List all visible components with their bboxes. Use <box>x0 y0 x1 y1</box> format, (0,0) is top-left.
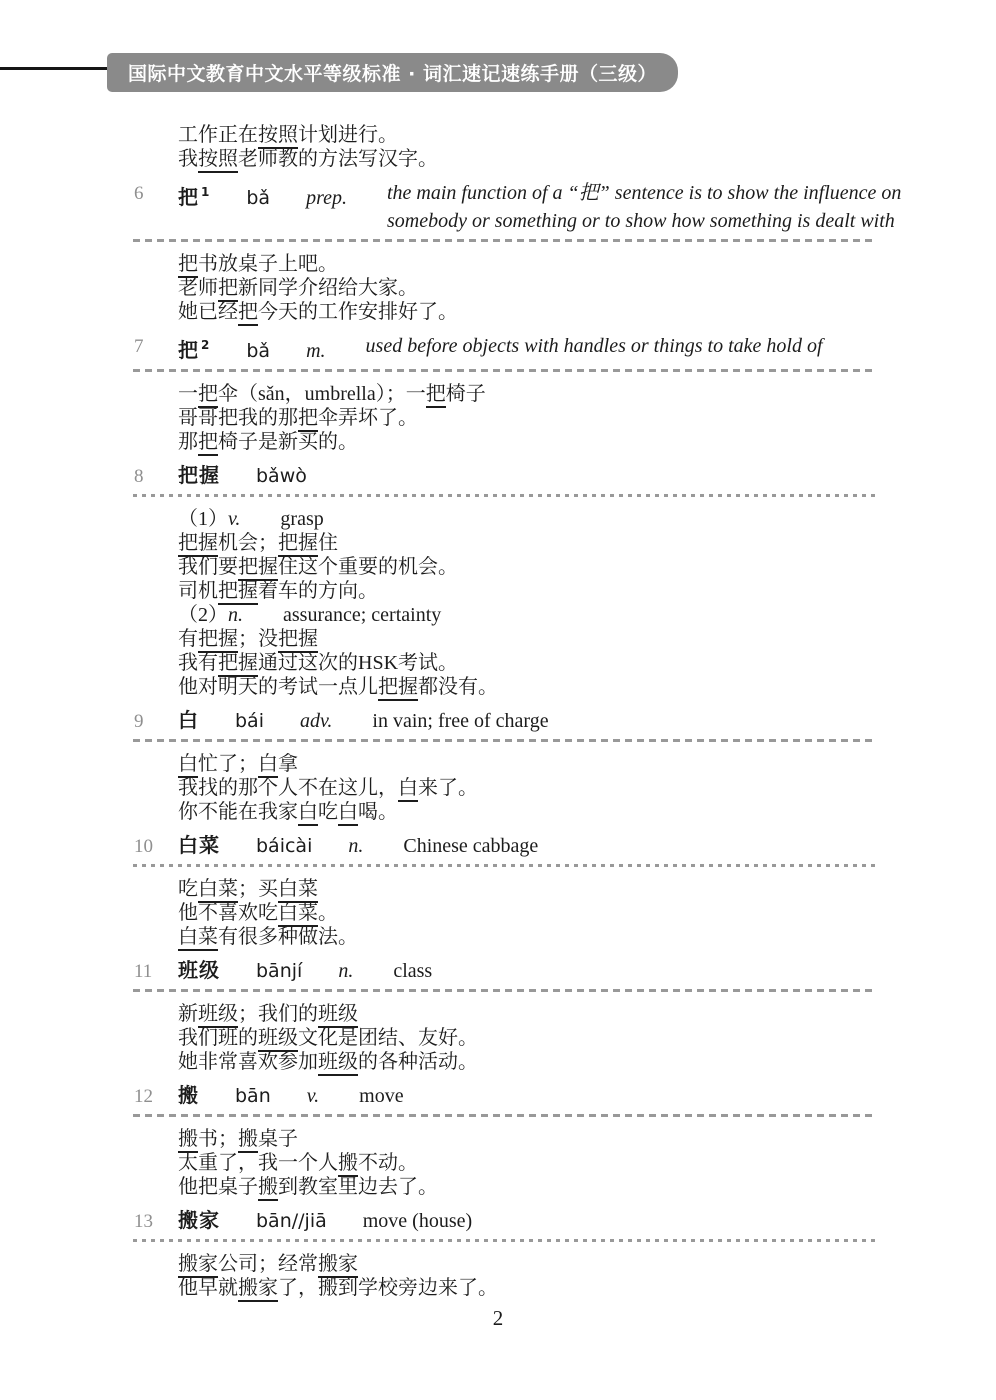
example-line: （1）v.grasp <box>178 507 996 531</box>
text-run: 住这个重要的机会。 <box>278 556 458 578</box>
text-run: 书放桌子上吧。 <box>198 253 338 275</box>
text-run: 新 <box>178 1003 198 1025</box>
underlined-term: 搬 <box>258 1176 278 1201</box>
text-run: n. <box>228 604 243 626</box>
headword: 搬 <box>178 1083 199 1107</box>
pinyin: bǎwò <box>256 465 307 487</box>
pos-label: m. <box>306 340 325 362</box>
headword: 把1 <box>178 185 210 209</box>
underlined-term: 按照 <box>258 124 298 149</box>
definition: class <box>393 957 432 985</box>
example-line: （2）n.assurance; certainty <box>178 603 996 627</box>
text-run: 他早就 <box>178 1277 238 1299</box>
headword: 班级 <box>178 958 220 982</box>
entry-separator <box>133 1114 877 1117</box>
underlined-term: 把 <box>426 383 446 408</box>
text-run: 一 <box>178 383 198 405</box>
pos-label: n. <box>348 835 363 857</box>
example-line: 她非常喜欢参加班级的各种活动。 <box>178 1050 996 1074</box>
text-run: 她已经 <box>178 301 238 323</box>
example-line: 白菜有很多种做法。 <box>178 925 996 949</box>
text-run: 有很多种做法。 <box>218 926 358 948</box>
entry-9: 9白báiadv.in vain; free of charge白忙了；白拿我找… <box>0 707 996 824</box>
text-run: 拿 <box>278 753 298 775</box>
text-run: 那 <box>178 431 198 453</box>
text-run: 有 <box>178 628 198 650</box>
example-line: 太重了，我一个人搬不动。 <box>178 1151 996 1175</box>
entry-number: 6 <box>134 180 144 207</box>
pinyin: báicài <box>256 835 312 857</box>
text-run: 哥哥把我的那 <box>178 407 298 429</box>
example-line: 把握机会；把握住 <box>178 531 996 555</box>
text-run: 你不能在我家 <box>178 801 298 823</box>
text-run: 不动。 <box>358 1152 418 1174</box>
headword-superscript: 2 <box>201 338 210 352</box>
example-line: 工作正在按照计划进行。 <box>178 123 996 147</box>
example-line: 我按照老师教的方法写汉字。 <box>178 147 996 171</box>
underlined-term: 搬 <box>338 1152 358 1177</box>
example-line: 她已经把今天的工作安排好了。 <box>178 300 996 324</box>
entry-13: 13搬家bān//jiāmove (house)搬家公司；经常搬家他早就搬家了，… <box>0 1207 996 1300</box>
pos-label: adv. <box>300 710 332 732</box>
entry-header: 8把握bǎwò <box>0 462 996 490</box>
entry-number: 8 <box>134 463 144 490</box>
example-line: 他早就搬家了，搬到学校旁边来了。 <box>178 1276 996 1300</box>
underlined-term: 把握 <box>238 556 278 581</box>
underlined-term: 白 <box>258 753 278 778</box>
headword-superscript: 1 <box>201 185 210 199</box>
text-run: 机会； <box>218 532 278 554</box>
text-run: 我找的那个人不在这儿， <box>178 777 398 799</box>
underlined-term: 班级 <box>318 1051 358 1076</box>
underlined-term: 把 <box>218 277 238 302</box>
entry-header: 11班级bānjín.class <box>0 957 996 985</box>
definition: in vain; free of charge <box>372 707 548 735</box>
text-run: 吃 <box>318 801 338 823</box>
underlined-term: 班级 <box>198 1003 238 1028</box>
underlined-term: 把握 <box>278 532 318 557</box>
text-run: 通过这次的HSK考试。 <box>258 652 458 674</box>
underlined-term: 班级 <box>318 1003 358 1028</box>
text-run: 忙了； <box>198 753 258 775</box>
header-rule <box>0 67 107 70</box>
headword: 把握 <box>178 463 220 487</box>
definition: used before objects with handles or thin… <box>366 332 823 360</box>
underlined-term: 把握 <box>378 676 418 701</box>
underlined-term: 把 <box>198 383 218 408</box>
underlined-term: 把 <box>238 301 258 326</box>
example-line: 我有把握通过这次的HSK考试。 <box>178 651 996 675</box>
example-line: 老师把新同学介绍给大家。 <box>178 276 996 300</box>
example-line: 新班级；我们的班级 <box>178 1002 996 1026</box>
example-line: 搬家公司；经常搬家 <box>178 1252 996 1276</box>
entry-separator <box>133 494 877 497</box>
definition: move <box>359 1082 403 1110</box>
entry-separator <box>133 369 877 372</box>
pinyin: bǎ <box>246 340 270 362</box>
text-run: 桌子 <box>258 1128 298 1150</box>
text-run: grasp <box>280 508 323 530</box>
underlined-term: 白 <box>338 801 358 826</box>
text-run: 公司；经常 <box>218 1253 318 1275</box>
example-line: 我找的那个人不在这儿，白来了。 <box>178 776 996 800</box>
entry-6: 6把1bǎprep.the main function of a “把” sen… <box>0 179 996 324</box>
underlined-term: 把握 <box>198 628 238 653</box>
example-line: 我们班的班级文化是团结、友好。 <box>178 1026 996 1050</box>
definition: move (house) <box>363 1207 472 1235</box>
example-line: 司机把握着车的方向。 <box>178 579 996 603</box>
text-run: 太重了，我一个人 <box>178 1152 338 1174</box>
underlined-term: 白 <box>398 777 418 802</box>
example-line: 那把椅子是新买的。 <box>178 430 996 454</box>
text-run: 我 <box>178 148 198 170</box>
entry-number: 7 <box>134 333 144 360</box>
text-run: 椅子是新买的。 <box>218 431 358 453</box>
text-run: （1） <box>178 508 228 530</box>
entry-header: 9白báiadv.in vain; free of charge <box>0 707 996 735</box>
page-number: 2 <box>0 1306 996 1331</box>
pinyin: bānjí <box>256 960 302 982</box>
text-run: 计划进行。 <box>298 124 398 146</box>
text-run: 喝。 <box>358 801 398 823</box>
text-run: 椅子 <box>446 383 486 405</box>
entry-header: 13搬家bān//jiāmove (house) <box>0 1207 996 1235</box>
entry-12: 12搬bānv.move搬书；搬桌子太重了，我一个人搬不动。他把桌子搬到教室里边… <box>0 1082 996 1199</box>
underlined-term: 搬 <box>238 1128 258 1153</box>
underlined-term: 白菜 <box>198 878 238 903</box>
pinyin: bǎ <box>246 187 270 209</box>
underlined-term: 搬家 <box>318 1253 358 1278</box>
text-run: ；买 <box>238 878 278 900</box>
entry-separator <box>133 239 877 242</box>
entry-header: 10白菜báicàin.Chinese cabbage <box>0 832 996 860</box>
entry-header: 12搬bānv.move <box>0 1082 996 1110</box>
underlined-term: 按照 <box>198 148 238 173</box>
underlined-term: 把 <box>178 253 198 278</box>
text-run: assurance; certainty <box>283 604 441 626</box>
underlined-term: 白菜 <box>178 926 218 951</box>
headword: 白菜 <box>178 833 220 857</box>
entry-separator <box>133 989 877 992</box>
underlined-term: 搬家 <box>238 1277 278 1302</box>
underlined-term: 班级 <box>258 1027 298 1052</box>
example-line: 他不喜欢吃白菜。 <box>178 901 996 925</box>
entry-separator <box>133 864 877 867</box>
text-run: 他把桌子 <box>178 1176 258 1198</box>
text-run: 着车的方向。 <box>258 580 378 602</box>
text-run: 都没有。 <box>418 676 498 698</box>
text-run: 的各种活动。 <box>358 1051 478 1073</box>
example-line: 哥哥把我的那把伞弄坏了。 <box>178 406 996 430</box>
underlined-term: 把握 <box>178 532 218 557</box>
book-title: 国际中文教育中文水平等级标准 · 词汇速记速练手册（三级） <box>128 59 657 86</box>
text-run: 了，搬到学校旁边来了。 <box>278 1277 498 1299</box>
entry-8: 8把握bǎwò（1）v.grasp把握机会；把握住我们要把握住这个重要的机会。司… <box>0 462 996 699</box>
text-run: 我们班的 <box>178 1027 258 1049</box>
text-run: 。 <box>318 902 338 924</box>
entry-number: 10 <box>134 833 153 860</box>
underlined-term: 把 <box>298 407 318 432</box>
underlined-term: 把握 <box>218 580 258 605</box>
example-line: 他把桌子搬到教室里边去了。 <box>178 1175 996 1199</box>
text-run: 伞弄坏了。 <box>318 407 418 429</box>
entry-11: 11班级bānjín.class新班级；我们的班级我们班的班级文化是团结、友好。… <box>0 957 996 1074</box>
entry-number: 13 <box>134 1208 153 1235</box>
headword: 搬家 <box>178 1208 220 1232</box>
text-run: 住 <box>318 532 338 554</box>
entry-10: 10白菜báicàin.Chinese cabbage吃白菜；买白菜他不喜欢吃白… <box>0 832 996 949</box>
text-run: 她非常喜欢参加 <box>178 1051 318 1073</box>
text-run: 他不喜欢吃 <box>178 902 278 924</box>
example-line: 白忙了；白拿 <box>178 752 996 776</box>
text-run: ；我们的 <box>238 1003 318 1025</box>
definition: the main function of a “把” sentence is t… <box>387 179 901 235</box>
text-run: 文化是团结、友好。 <box>298 1027 478 1049</box>
pos-label: prep. <box>306 187 347 209</box>
text-run: 司机 <box>178 580 218 602</box>
example-line: 吃白菜；买白菜 <box>178 877 996 901</box>
text-run: 来了。 <box>418 777 478 799</box>
text-run: 到教室里边去了。 <box>278 1176 438 1198</box>
underlined-term: 白菜 <box>278 878 318 903</box>
example-line: 我们要把握住这个重要的机会。 <box>178 555 996 579</box>
underlined-term: 搬 <box>178 1128 198 1153</box>
example-line: 他对明天的考试一点儿把握都没有。 <box>178 675 996 699</box>
text-run: （2） <box>178 604 228 626</box>
underlined-term: 白菜 <box>278 902 318 927</box>
definition: Chinese cabbage <box>403 832 538 860</box>
pos-label: n. <box>338 960 353 982</box>
entry-number: 11 <box>134 958 152 985</box>
entries-list: 工作正在按照计划进行。我按照老师教的方法写汉字。6把1bǎprep.the ma… <box>0 123 996 1300</box>
text-run: 他对明天的考试一点儿 <box>178 676 378 698</box>
text-run: 我们要 <box>178 556 238 578</box>
pos-label: v. <box>307 1085 319 1107</box>
text-run: 我有 <box>178 652 218 674</box>
entry-7: 7把2bǎm.used before objects with handles … <box>0 332 996 454</box>
underlined-term: 白 <box>178 753 198 778</box>
headword: 白 <box>178 708 199 732</box>
text-run: v. <box>228 508 240 530</box>
example-line: 你不能在我家白吃白喝。 <box>178 800 996 824</box>
text-run: 老师 <box>178 277 218 299</box>
entry-separator <box>133 1239 877 1242</box>
entry-header: 6把1bǎprep.the main function of a “把” sen… <box>0 179 996 235</box>
pinyin: bái <box>235 710 264 732</box>
underlined-term: 搬家 <box>178 1253 218 1278</box>
text-run: 伞（sǎn，umbrella）；一 <box>218 383 426 405</box>
underlined-term: 白 <box>298 801 318 826</box>
text-run: 书； <box>198 1128 238 1150</box>
entry-number: 9 <box>134 708 144 735</box>
entry-separator <box>133 739 877 742</box>
underlined-term: 把 <box>198 431 218 456</box>
example-line: 把书放桌子上吧。 <box>178 252 996 276</box>
text-run: 今天的工作安排好了。 <box>258 301 458 323</box>
pinyin: bān <box>235 1085 271 1107</box>
example-line: 有把握；没把握 <box>178 627 996 651</box>
example-line: 搬书；搬桌子 <box>178 1127 996 1151</box>
text-run: 老师教的方法写汉字。 <box>238 148 438 170</box>
text-run: 新同学介绍给大家。 <box>238 277 418 299</box>
example-line: 一把伞（sǎn，umbrella）；一把椅子 <box>178 382 996 406</box>
headword: 把2 <box>178 338 210 362</box>
underlined-term: 把握 <box>278 628 318 653</box>
text-run: 工作正在 <box>178 124 258 146</box>
underlined-term: 把握 <box>218 652 258 677</box>
entry-header: 7把2bǎm.used before objects with handles … <box>0 332 996 365</box>
entry-number: 12 <box>134 1083 153 1110</box>
text-run: ；没 <box>238 628 278 650</box>
header-banner: 国际中文教育中文水平等级标准 · 词汇速记速练手册（三级） <box>107 53 678 92</box>
pinyin: bān//jiā <box>256 1210 327 1232</box>
text-run: 吃 <box>178 878 198 900</box>
